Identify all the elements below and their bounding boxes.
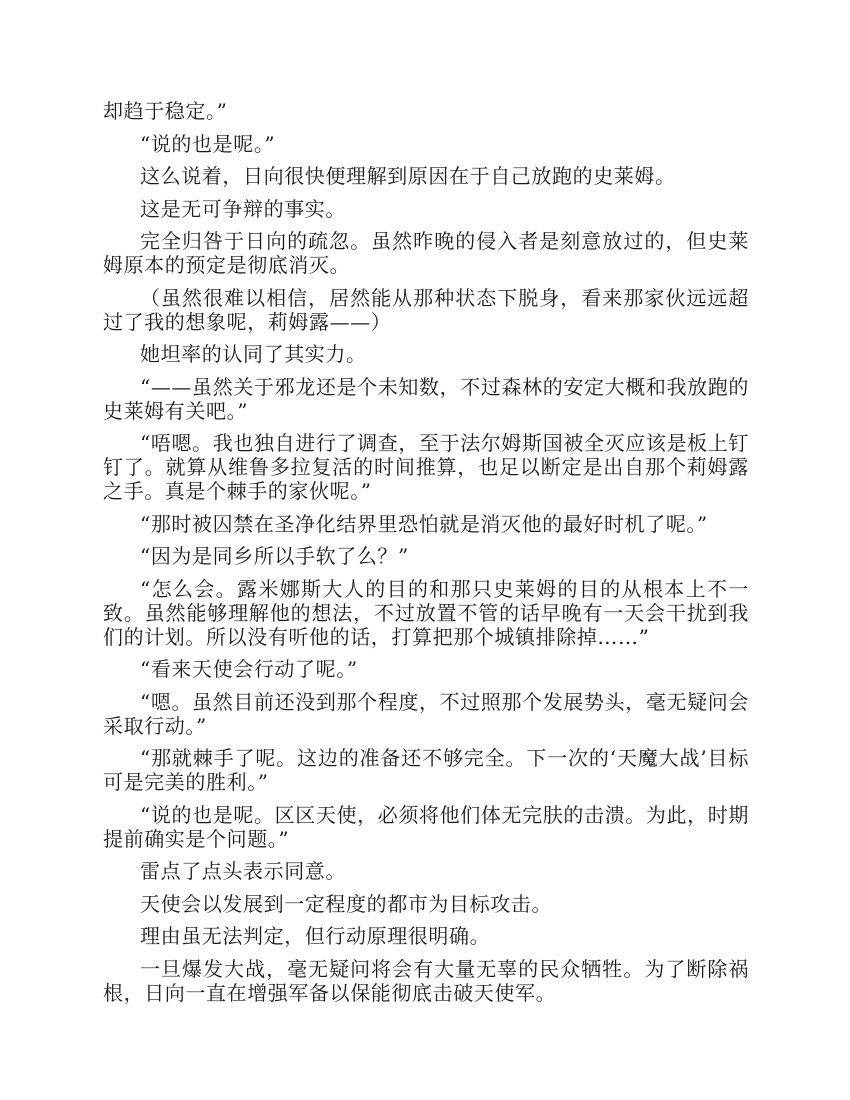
paragraph-9: “唔嗯。我也独自进行了调查，至于法尔姆斯国被全灭应该是板上钉钉了。就算从维鲁多拉… [103,431,749,503]
paragraph-5: 完全归咎于日向的疏忽。虽然昨晚的侵入者是刻意放过的，但史莱姆原本的预定是彻底消灭… [103,229,749,277]
paragraph-11: “因为是同乡所以手软了么？” [103,544,749,568]
paragraph-4: 这是无可争辩的事实。 [103,197,749,221]
document-page: 却趋于稳定。” “说的也是呢。” 这么说着，日向很快便理解到原因在于自己放跑的史… [103,99,749,1013]
paragraph-10: “那时被囚禁在圣净化结界里恐怕就是消灭他的最好时机了呢。” [103,512,749,536]
paragraph-3: 这么说着，日向很快便理解到原因在于自己放跑的史莱姆。 [103,164,749,188]
paragraph-7: 她坦率的认同了其实力。 [103,342,749,366]
paragraph-17: 雷点了点头表示同意。 [103,859,749,883]
paragraph-20: 一旦爆发大战，毫无疑问将会有大量无辜的民众牺牲。为了断除祸根，日向一直在增强军备… [103,957,749,1005]
paragraph-13: “看来天使会行动了呢。” [103,657,749,681]
paragraph-14: “嗯。虽然目前还没到那个程度，不过照那个发展势头，毫无疑问会采取行动。” [103,690,749,738]
paragraph-2: “说的也是呢。” [103,132,749,156]
paragraph-8: “——虽然关于邪龙还是个未知数，不过森林的安定大概和我放跑的史莱姆有关吧。” [103,375,749,423]
paragraph-15: “那就棘手了呢。这边的准备还不够完全。下一次的‘天魔大战’目标可是完美的胜利。” [103,746,749,794]
paragraph-19: 理由虽无法判定，但行动原理很明确。 [103,924,749,948]
paragraph-6: （虽然很难以相信，居然能从那种状态下脱身，看来那家伙远远超过了我的想象呢，莉姆露… [103,286,749,334]
paragraph-12: “怎么会。露米娜斯大人的目的和那只史莱姆的目的从根本上不一致。虽然能够理解他的想… [103,577,749,649]
paragraph-16: “说的也是呢。区区天使，必须将他们体无完肤的击溃。为此，时期提前确实是个问题。” [103,803,749,851]
paragraph-18: 天使会以发展到一定程度的都市为目标攻击。 [103,892,749,916]
paragraph-1: 却趋于稳定。” [103,99,749,123]
